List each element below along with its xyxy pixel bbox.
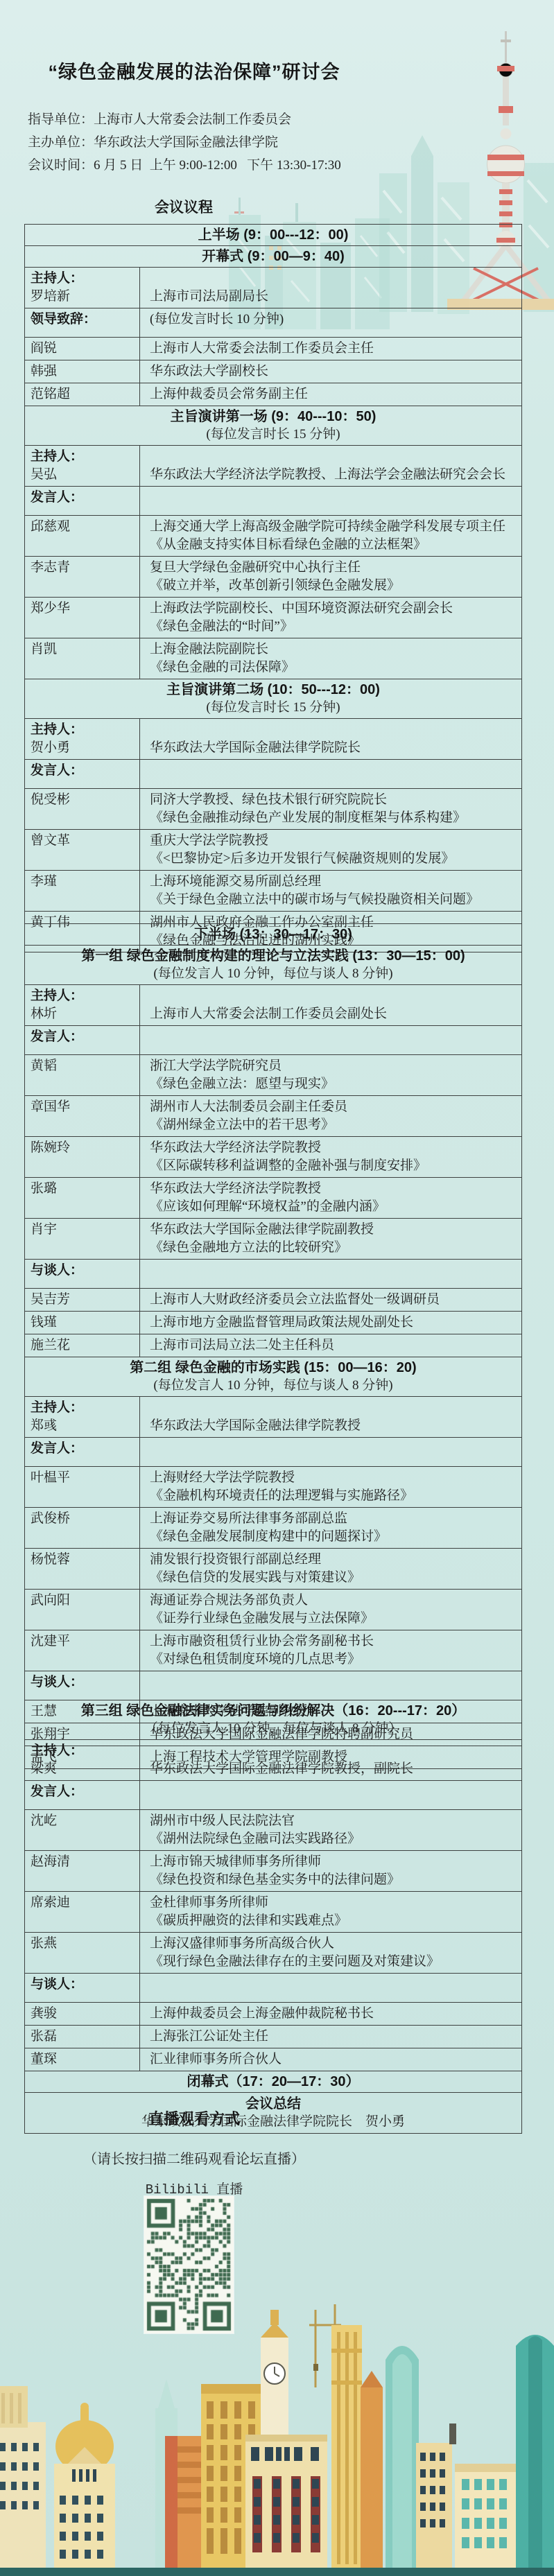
role-label-row: 发言人：	[25, 1026, 521, 1055]
speaker-name-cell: 曾文革	[25, 830, 140, 870]
speaker-name: 张燕	[31, 1935, 137, 1953]
speaker-desc: 汇业律师事务所合伙人	[150, 2051, 517, 2069]
speaker-desc-cell: 湖州市中级人民法院法官《湖州法院绿色金融司法实践路径》	[140, 1810, 521, 1850]
info-value: 上海市人大常委会法制工作委员会	[94, 112, 291, 127]
role-desc-cell	[140, 1781, 521, 1809]
speaker-row: 邱慈观上海交通大学上海高级金融学院可持续金融学科发展专项主任《从金融支持实体目标…	[25, 516, 521, 557]
speaker-desc: 上海仲裁委员会上海金融仲裁院秘书长	[150, 2005, 517, 2023]
speaker-row: 郑少华上海政法学院副校长、中国环境资源法研究会副会长《绿色金融法的“时间”》	[25, 598, 521, 638]
speaker-desc: 浙江大学法学院研究员	[150, 1057, 517, 1075]
speaker-desc: 华东政法大学经济法学院教授、上海法学会金融法研究会会长	[150, 466, 517, 484]
speaker-desc: 上海市人大常委会法制工作委员会主任	[150, 340, 517, 358]
speaker-name: 席索迪	[31, 1894, 137, 1912]
speaker-desc: 上海交通大学上海高级金融学院可持续金融学科发展专项主任	[150, 518, 517, 536]
speaker-desc-cell: 上海张江公证处主任	[140, 2026, 521, 2048]
speaker-name-cell: 李志青	[25, 557, 140, 597]
role-label-row: 发言人：	[25, 760, 521, 789]
skyline-illustration	[0, 2304, 554, 2576]
speaker-name-cell: 范铭超	[25, 383, 140, 406]
speaker-desc: 华东政法大学经济法学院教授	[150, 1139, 517, 1157]
speaker-row: 肖宇华东政法大学国际金融法律学院副教授《绿色金融地方立法的比较研究》	[25, 1219, 521, 1260]
speaker-desc: 重庆大学法学院教授	[150, 832, 517, 850]
info-line-guidance: 指导单位：上海市人大常委会法制工作委员会	[28, 108, 471, 131]
speaker-topic: 《对绿色租赁制度环境的几点思考》	[150, 1651, 517, 1669]
speaker-desc: 华东政法大学副校长	[150, 363, 517, 381]
speaker-name: 吴弘	[31, 466, 137, 484]
host-row: 主持人：梁爽华东政法大学国际金融法律学院教授，副院长	[25, 1740, 521, 1781]
session-header-title: 第二组 绿色金融的市场实践 (15：00—16：20)	[130, 1359, 416, 1377]
agenda-heading: 会议议程	[0, 196, 367, 217]
speaker-name: 贺小勇	[31, 739, 137, 757]
speaker-name: 陈婉玲	[31, 1139, 137, 1157]
host-cell: 主持人：吴弘	[25, 446, 140, 486]
speaker-desc-cell: 上海市人大常委会法制工作委员会副处长	[140, 985, 521, 1025]
speaker-desc-cell: 华东政法大学国际金融法律学院院长	[140, 719, 521, 759]
role-label: 主持人：	[31, 721, 137, 739]
speaker-name: 倪受彬	[31, 791, 137, 809]
role-label: 主持人：	[31, 1399, 137, 1417]
role-label-cell: 发言人：	[25, 1438, 140, 1466]
speaker-name: 李志青	[31, 559, 137, 577]
live-platform-label: Bilibili 直播	[0, 2179, 388, 2198]
speaker-name: 章国华	[31, 1098, 137, 1116]
speaker-row: 黄韬浙江大学法学院研究员《绿色金融立法：愿望与现实》	[25, 1055, 521, 1096]
speaker-name-cell: 赵海清	[25, 1851, 140, 1891]
speaker-name: 董琛	[31, 2051, 137, 2069]
role-desc-cell	[140, 1671, 521, 1700]
speaker-desc-cell: 上海证券交易所法律事务部副总监《绿色金融发展制度构建中的问题探讨》	[140, 1508, 521, 1548]
role-desc-cell	[140, 1260, 521, 1288]
speaker-name: 沈屹	[31, 1812, 137, 1830]
speaker-desc: 上海金融法院副院长	[150, 641, 517, 659]
host-row: 主持人：贺小勇华东政法大学国际金融法律学院院长	[25, 719, 521, 760]
speaker-desc: 上海市锦天城律师事务所律师	[150, 1853, 517, 1871]
speaker-name-cell: 章国华	[25, 1096, 140, 1136]
speaker-desc-cell: 上海市司法局立法二处主任科员	[140, 1334, 521, 1357]
speaker-row: 倪受彬同济大学教授、绿色技术银行研究院院长《绿色金融推动绿色产业发展的制度框架与…	[25, 789, 521, 830]
speaker-name-cell: 钱瑾	[25, 1312, 140, 1334]
live-note: （请长按扫描二维码观看论坛直播）	[0, 2148, 388, 2168]
speaker-desc: 上海市融资租赁行业协会常务副秘书长	[150, 1633, 517, 1651]
speaker-name-cell: 龚骏	[25, 2003, 140, 2025]
speaker-topic: 《绿色金融地方立法的比较研究》	[150, 1239, 517, 1257]
host-row: 主持人：吴弘华东政法大学经济法学院教授、上海法学会金融法研究会会长	[25, 446, 521, 487]
conference-info: 指导单位：上海市人大常委会法制工作委员会 主办单位：华东政法大学国际金融法律学院…	[28, 108, 471, 177]
session-header-title: 主旨演讲第一场 (9：40---10：50)	[171, 408, 376, 426]
speaker-row: 张燕上海汉盛律师事务所高级合伙人《现行绿色金融法律存在的主要问题及对策建议》	[25, 1933, 521, 1974]
speaker-desc: 华东政法大学国际金融法律学院院长	[150, 739, 517, 757]
speaker-desc-cell: 华东政法大学国际金融法律学院副教授《绿色金融地方立法的比较研究》	[140, 1219, 521, 1259]
speaker-desc-cell: 湖州市人大法制委员会副主任委员《湖州绿金立法中的若干思考》	[140, 1096, 521, 1136]
speaker-name-cell: 郑少华	[25, 598, 140, 638]
info-line-host: 主办单位：华东政法大学国际金融法律学院	[28, 131, 471, 154]
speaker-topic: 《湖州法院绿色金融司法实践路径》	[150, 1830, 517, 1848]
role-label-row: 发言人：	[25, 1438, 521, 1467]
speaker-name-cell: 武向阳	[25, 1590, 140, 1630]
speaker-row: 杨悦蓉浦发银行投资银行部副总经理《绿色信贷的发展实践与对策建议》	[25, 1549, 521, 1590]
speaker-row: 肖凯上海金融法院副院长《绿色金融的司法保障》	[25, 638, 521, 679]
speaker-row: 董琛汇业律师事务所合伙人	[25, 2048, 521, 2071]
speaker-name: 梁爽	[31, 1760, 137, 1778]
role-label-cell: 与谈人：	[25, 1260, 140, 1288]
agenda-table-morning: 上半场 (9：00---12：00)开幕式 (9：00—9：40)主持人：罗培新…	[24, 224, 522, 952]
speaker-desc: 复旦大学绿色金融研究中心执行主任	[150, 559, 517, 577]
speaker-row: 范铭超上海仲裁委员会常务副主任	[25, 383, 521, 406]
speaker-name-cell: 黄韬	[25, 1055, 140, 1095]
role-label: 与谈人：	[31, 1976, 137, 1994]
speaker-name-cell: 席索迪	[25, 1892, 140, 1932]
speaker-desc: 华东政法大学经济法学院教授	[150, 1180, 517, 1198]
session-header-title: 下半场 (13：30—17：30)	[194, 925, 352, 943]
session-header-title: 第三组 绿色金融法律实务问题与纠纷解决（16：20---17：20）	[81, 1702, 466, 1720]
session-header-row: 第三组 绿色金融法律实务问题与纠纷解决（16：20---17：20）（每位发言人…	[25, 1700, 521, 1740]
speaker-desc: 上海市人大常委会法制工作委员会副处长	[150, 1005, 517, 1023]
role-desc-cell	[140, 760, 521, 788]
host-cell: 主持人：郑彧	[25, 1397, 140, 1437]
speaker-topic: 《绿色金融发展制度构建中的问题探讨》	[150, 1528, 517, 1546]
speaker-row: 沈建平上海市融资租赁行业协会常务副秘书长《对绿色租赁制度环境的几点思考》	[25, 1630, 521, 1671]
speaker-topic: 《湖州绿金立法中的若干思考》	[150, 1116, 517, 1134]
speaker-name-cell: 武俊桥	[25, 1508, 140, 1548]
speaker-desc: 华东政法大学国际金融法律学院教授	[150, 1417, 517, 1435]
role-label-cell: 发言人：	[25, 760, 140, 788]
host-cell: 主持人：罗培新	[25, 268, 140, 308]
speaker-desc: 上海市司法局立法二处主任科员	[150, 1337, 517, 1355]
session-header-subtitle: （每位发言人 10 分钟，每位与谈人 8 分钟）	[145, 1720, 402, 1738]
speaker-desc-cell: 上海环境能源交易所副总经理《关于绿色金融立法中的碳市场与气候投融资相关问题》	[140, 871, 521, 911]
speaker-row: 韩强华东政法大学副校长	[25, 360, 521, 383]
speaker-name-cell: 施兰花	[25, 1334, 140, 1357]
session-header-subtitle: (每位发言时长 15 分钟)	[206, 426, 340, 444]
role-label-row: 与谈人：	[25, 1974, 521, 2003]
session-header-subtitle: (每位发言人 10 分钟，每位与谈人 8 分钟)	[153, 965, 392, 983]
speaker-name-cell: 李瑾	[25, 871, 140, 911]
speaker-row: 龚骏上海仲裁委员会上海金融仲裁院秘书长	[25, 2003, 521, 2026]
speaker-desc-cell: 华东政法大学经济法学院教授《区际碳转移利益调整的金融补强与制度安排》	[140, 1137, 521, 1177]
speaker-desc: 湖州市人大法制委员会副主任委员	[150, 1098, 517, 1116]
session-header-row: 第二组 绿色金融的市场实践 (15：00—16：20)(每位发言人 10 分钟，…	[25, 1357, 521, 1397]
info-label: 指导单位：	[28, 112, 94, 127]
speaker-name: 李瑾	[31, 873, 137, 891]
speaker-desc-cell: 上海市人大财政经济委员会立法监督处一级调研员	[140, 1289, 521, 1311]
speaker-row: 李瑾上海环境能源交易所副总经理《关于绿色金融立法中的碳市场与气候投融资相关问题》	[25, 871, 521, 912]
info-line-time: 会议时间：6 月 5 日 上午 9:00-12:00 下午 13:30-17:3…	[28, 154, 471, 177]
speaker-name: 黄韬	[31, 1057, 137, 1075]
session-header-subtitle: (每位发言人 10 分钟，每位与谈人 8 分钟)	[153, 1377, 392, 1395]
session-header-row: 第一组 绿色金融制度构建的理论与立法实践 (13：30—15：00)(每位发言人…	[25, 946, 521, 985]
speaker-desc-cell: 华东政法大学国际金融法律学院教授	[140, 1397, 521, 1437]
role-label: 与谈人：	[31, 1262, 137, 1280]
speaker-name-cell: 肖凯	[25, 638, 140, 679]
session-header-title: 闭幕式（17：20—17：30）	[187, 2073, 360, 2091]
speaker-desc: 华东政法大学国际金融法律学院副教授	[150, 1221, 517, 1239]
speaker-name: 郑彧	[31, 1417, 137, 1435]
speaker-name: 沈建平	[31, 1633, 137, 1651]
speaker-desc-cell: 华东政法大学国际金融法律学院教授，副院长	[140, 1740, 521, 1780]
speaker-name: 阎锐	[31, 340, 137, 358]
role-label: 发言人：	[31, 762, 137, 780]
role-label-cell: 与谈人：	[25, 1974, 140, 2002]
role-desc-cell	[140, 1974, 521, 2002]
role-label: 发言人：	[31, 489, 137, 507]
speaker-topic: 《绿色金融的司法保障》	[150, 659, 517, 677]
session-header-row: 主旨演讲第二场 (10：50---12：00)(每位发言时长 15 分钟)	[25, 679, 521, 719]
speaker-desc-cell: 华东政法大学经济法学院教授、上海法学会金融法研究会会长	[140, 446, 521, 486]
role-label: 主持人：	[31, 270, 137, 288]
speaker-desc-cell: 同济大学教授、绿色技术银行研究院院长《绿色金融推动绿色产业发展的制度框架与体系构…	[140, 789, 521, 829]
speaker-topic: 《<巴黎协定>后多边开发银行气候融资规则的发展》	[150, 850, 517, 868]
speaker-name: 张磊	[31, 2028, 137, 2046]
speaker-row: 吴吉芳上海市人大财政经济委员会立法监督处一级调研员	[25, 1289, 521, 1312]
speaker-desc-cell: 上海市锦天城律师事务所律师《绿色投资和绿色基金实务中的法律问题》	[140, 1851, 521, 1891]
role-desc-cell	[140, 1438, 521, 1466]
speaker-row: 赵海清上海市锦天城律师事务所律师《绿色投资和绿色基金实务中的法律问题》	[25, 1851, 521, 1892]
speaker-desc-cell: 复旦大学绿色金融研究中心执行主任《破立并举，改革创新引领绿色金融发展》	[140, 557, 521, 597]
role-label-row: 发言人：	[25, 487, 521, 516]
speaker-desc: 上海市地方金融监督管理局政策法规处副处长	[150, 1314, 517, 1332]
speaker-name: 张璐	[31, 1180, 137, 1198]
speaker-desc-cell: 华东政法大学经济法学院教授《应该如何理解“环境权益”的金融内涵》	[140, 1178, 521, 1218]
speaker-desc: 海通证券合规法务部负责人	[150, 1592, 517, 1610]
speaker-name-cell: 陈婉玲	[25, 1137, 140, 1177]
speaker-name: 肖宇	[31, 1221, 137, 1239]
speaker-desc-cell: 浙江大学法学院研究员《绿色金融立法：愿望与现实》	[140, 1055, 521, 1095]
speaker-topic: 《证券行业绿色金融发展与立法保障》	[150, 1610, 517, 1628]
speaker-row: 李志青复旦大学绿色金融研究中心执行主任《破立并举，改革创新引领绿色金融发展》	[25, 557, 521, 598]
role-label: 发言人：	[31, 1028, 137, 1046]
info-value: 6 月 5 日 上午 9:00-12:00 下午 13:30-17:30	[94, 158, 341, 173]
speaker-row: 曾文革重庆大学法学院教授《<巴黎协定>后多边开发银行气候融资规则的发展》	[25, 830, 521, 871]
speaker-topic: 《绿色投资和绿色基金实务中的法律问题》	[150, 1871, 517, 1889]
speaker-desc-cell: 重庆大学法学院教授《<巴黎协定>后多边开发银行气候融资规则的发展》	[140, 830, 521, 870]
live-heading: 直播观看方式	[0, 2107, 388, 2129]
speaker-desc-cell: 浦发银行投资银行部副总经理《绿色信贷的发展实践与对策建议》	[140, 1549, 521, 1589]
role-label-row: 与谈人：	[25, 1671, 521, 1700]
speaker-name: 吴吉芳	[31, 1291, 137, 1309]
role-label-cell: 领导致辞：	[25, 308, 140, 337]
speaker-topic: 《绿色金融推动绿色产业发展的制度框架与体系构建》	[150, 809, 517, 827]
role-label-row: 与谈人：	[25, 1260, 521, 1289]
speaker-desc-cell: 上海市地方金融监督管理局政策法规处副处长	[140, 1312, 521, 1334]
session-header-title: 主旨演讲第二场 (10：50---12：00)	[166, 681, 380, 699]
session-header-row: 主旨演讲第一场 (9：40---10：50)(每位发言时长 15 分钟)	[25, 406, 521, 446]
speaker-name-cell: 叶榅平	[25, 1467, 140, 1507]
session-header-row: 下半场 (13：30—17：30)	[25, 924, 521, 946]
speaker-desc: 湖州市中级人民法院法官	[150, 1812, 517, 1830]
speaker-topic: 《绿色信贷的发展实践与对策建议》	[150, 1569, 517, 1587]
speaker-name: 龚骏	[31, 2005, 137, 2023]
host-row: 主持人：林圻上海市人大常委会法制工作委员会副处长	[25, 985, 521, 1026]
speaker-desc-cell: 上海政法学院副校长、中国环境资源法研究会副会长《绿色金融法的“时间”》	[140, 598, 521, 638]
speaker-name-cell: 沈建平	[25, 1630, 140, 1671]
speaker-name: 叶榅平	[31, 1469, 137, 1487]
speaker-desc: 上海环境能源交易所副总经理	[150, 873, 517, 891]
role-label: 主持人：	[31, 987, 137, 1005]
speaker-desc: 金杜律师事务所律师	[150, 1894, 517, 1912]
speaker-name-cell: 倪受彬	[25, 789, 140, 829]
role-label: 领导致辞：	[31, 311, 137, 329]
role-label: 发言人：	[31, 1440, 137, 1458]
page-root: “绿色金融发展的法治保障”研讨会 指导单位：上海市人大常委会法制工作委员会 主办…	[0, 0, 554, 2576]
info-value: 华东政法大学国际金融法律学院	[94, 135, 278, 150]
session-header-row: 上半场 (9：00---12：00)	[25, 225, 521, 246]
session-header-row: 开幕式 (9：00—9：40)	[25, 246, 521, 268]
speaker-name: 罗培新	[31, 288, 137, 306]
role-label: 主持人：	[31, 448, 137, 466]
speaker-desc: 上海证券交易所法律事务部副总监	[150, 1510, 517, 1528]
role-label-cell: 发言人：	[25, 1026, 140, 1054]
speaker-row: 武俊桥上海证券交易所法律事务部副总监《绿色金融发展制度构建中的问题探讨》	[25, 1508, 521, 1549]
host-row: 主持人：郑彧华东政法大学国际金融法律学院教授	[25, 1397, 521, 1438]
speaker-name-cell: 沈屹	[25, 1810, 140, 1850]
speaker-name-cell: 吴吉芳	[25, 1289, 140, 1311]
speaker-desc-cell: 华东政法大学副校长	[140, 360, 521, 383]
role-label-row: 发言人：	[25, 1781, 521, 1810]
speaker-name: 施兰花	[31, 1337, 137, 1355]
speaker-name: 钱瑾	[31, 1314, 137, 1332]
speaker-desc: 上海政法学院副校长、中国环境资源法研究会副会长	[150, 600, 517, 618]
role-label: 主持人：	[31, 1742, 137, 1760]
speaker-name: 林圻	[31, 1005, 137, 1023]
speaker-name: 赵海清	[31, 1853, 137, 1871]
speaker-row: 武向阳海通证券合规法务部负责人《证券行业绿色金融发展与立法保障》	[25, 1590, 521, 1630]
info-label: 主办单位：	[28, 135, 94, 150]
speaker-name-cell: 韩强	[25, 360, 140, 383]
role-label-row: 领导致辞：(每位发言时长 10 分钟)	[25, 308, 521, 338]
speaker-name-cell: 张璐	[25, 1178, 140, 1218]
speaker-desc: 上海财经大学法学院教授	[150, 1469, 517, 1487]
speaker-desc: 上海仲裁委员会常务副主任	[150, 385, 517, 403]
info-label: 会议时间：	[28, 158, 94, 173]
speaker-desc-cell: 上海仲裁委员会常务副主任	[140, 383, 521, 406]
host-cell: 主持人：梁爽	[25, 1740, 140, 1780]
speaker-topic: 《绿色金融法的“时间”》	[150, 618, 517, 636]
speaker-desc: 华东政法大学国际金融法律学院教授，副院长	[150, 1760, 517, 1778]
speaker-desc: 同济大学教授、绿色技术银行研究院院长	[150, 791, 517, 809]
speaker-desc-cell: 上海市司法局副局长	[140, 268, 521, 308]
agenda-table-afternoon: 下半场 (13：30—17：30)第一组 绿色金融制度构建的理论与立法实践 (1…	[24, 923, 522, 1769]
speaker-desc-cell: 上海财经大学法学院教授《金融机构环境责任的法理逻辑与实施路径》	[140, 1467, 521, 1507]
speaker-name: 郑少华	[31, 600, 137, 618]
speaker-name: 曾文革	[31, 832, 137, 850]
speaker-desc: 上海市人大财政经济委员会立法监督处一级调研员	[150, 1291, 517, 1309]
speaker-topic: 《碳质押融资的法律和实践难点》	[150, 1912, 517, 1930]
speaker-desc-cell: 上海仲裁委员会上海金融仲裁院秘书长	[140, 2003, 521, 2025]
conference-title: “绿色金融发展的法治保障”研讨会	[14, 57, 374, 84]
speaker-row: 钱瑾上海市地方金融监督管理局政策法规处副处长	[25, 1312, 521, 1334]
speaker-row: 章国华湖州市人大法制委员会副主任委员《湖州绿金立法中的若干思考》	[25, 1096, 521, 1137]
host-cell: 主持人：林圻	[25, 985, 140, 1025]
speaker-topic: 《关于绿色金融立法中的碳市场与气候投融资相关问题》	[150, 891, 517, 909]
role-label-cell: 发言人：	[25, 487, 140, 515]
speaker-desc-cell: 上海市人大常委会法制工作委员会主任	[140, 338, 521, 360]
speaker-name: 武俊桥	[31, 1510, 137, 1528]
speaker-desc: 浦发银行投资银行部副总经理	[150, 1551, 517, 1569]
speaker-name: 武向阳	[31, 1592, 137, 1610]
speaker-row: 席索迪金杜律师事务所律师《碳质押融资的法律和实践难点》	[25, 1892, 521, 1933]
speaker-desc-cell: 上海汉盛律师事务所高级合伙人《现行绿色金融法律存在的主要问题及对策建议》	[140, 1933, 521, 1973]
speaker-topic: 《应该如何理解“环境权益”的金融内涵》	[150, 1198, 517, 1216]
role-desc-cell: (每位发言时长 10 分钟)	[140, 308, 521, 337]
speaker-name-cell: 董琛	[25, 2048, 140, 2071]
speaker-name: 韩强	[31, 363, 137, 381]
speaker-topic: 《现行绿色金融法律存在的主要问题及对策建议》	[150, 1953, 517, 1971]
speaker-topic: 《金融机构环境责任的法理逻辑与实施路径》	[150, 1487, 517, 1505]
speaker-row: 沈屹湖州市中级人民法院法官《湖州法院绿色金融司法实践路径》	[25, 1810, 521, 1851]
speaker-desc: 上海张江公证处主任	[150, 2028, 517, 2046]
speaker-desc-cell: 上海市融资租赁行业协会常务副秘书长《对绿色租赁制度环境的几点思考》	[140, 1630, 521, 1671]
speaker-name-cell: 阎锐	[25, 338, 140, 360]
session-header-title: 开幕式 (9：00—9：40)	[202, 247, 345, 266]
speaker-desc: 上海汉盛律师事务所高级合伙人	[150, 1935, 517, 1953]
role-label: 与谈人：	[31, 1673, 137, 1691]
speaker-name: 肖凯	[31, 641, 137, 659]
speaker-row: 施兰花上海市司法局立法二处主任科员	[25, 1334, 521, 1357]
session-header-row: 闭幕式（17：20—17：30）	[25, 2071, 521, 2093]
session-header-title: 上半场 (9：00---12：00)	[198, 226, 349, 244]
speaker-name-cell: 邱慈观	[25, 516, 140, 556]
speaker-topic: 《从金融支持实体目标看绿色金融的立法框架》	[150, 536, 517, 554]
speaker-name-cell: 肖宇	[25, 1219, 140, 1259]
qr-code	[144, 2196, 234, 2333]
speaker-name-cell: 张磊	[25, 2026, 140, 2048]
host-cell: 主持人：贺小勇	[25, 719, 140, 759]
session-header-subtitle: (每位发言时长 15 分钟)	[206, 699, 340, 717]
speaker-desc-cell: 上海金融法院副院长《绿色金融的司法保障》	[140, 638, 521, 679]
speaker-desc: 上海市司法局副局长	[150, 288, 517, 306]
speaker-row: 张璐华东政法大学经济法学院教授《应该如何理解“环境权益”的金融内涵》	[25, 1178, 521, 1219]
host-row: 主持人：罗培新上海市司法局副局长	[25, 268, 521, 308]
speaker-topic: 《区际碳转移利益调整的金融补强与制度安排》	[150, 1157, 517, 1175]
speaker-name-cell: 张燕	[25, 1933, 140, 1973]
speaker-row: 陈婉玲华东政法大学经济法学院教授《区际碳转移利益调整的金融补强与制度安排》	[25, 1137, 521, 1178]
speaker-desc-cell: 上海交通大学上海高级金融学院可持续金融学科发展专项主任《从金融支持实体目标看绿色…	[140, 516, 521, 556]
role-desc-cell	[140, 1026, 521, 1054]
session-header-title: 第一组 绿色金融制度构建的理论与立法实践 (13：30—15：00)	[81, 947, 465, 965]
speaker-topic: 《破立并举，改革创新引领绿色金融发展》	[150, 577, 517, 595]
speaker-name: 范铭超	[31, 385, 137, 403]
speaker-row: 阎锐上海市人大常委会法制工作委员会主任	[25, 338, 521, 360]
role-label: 发言人：	[31, 1783, 137, 1801]
role-desc-cell	[140, 487, 521, 515]
speaker-row: 张磊上海张江公证处主任	[25, 2026, 521, 2048]
agenda-table-third-panel: 第三组 绿色金融法律实务问题与纠纷解决（16：20---17：20）（每位发言人…	[24, 1700, 522, 2134]
speaker-name: 邱慈观	[31, 518, 137, 536]
speaker-desc-cell: 海通证券合规法务部负责人《证券行业绿色金融发展与立法保障》	[140, 1590, 521, 1630]
role-desc: (每位发言时长 10 分钟)	[150, 311, 517, 329]
speaker-topic: 《绿色金融立法：愿望与现实》	[150, 1075, 517, 1093]
role-label-cell: 与谈人：	[25, 1671, 140, 1700]
speaker-name: 杨悦蓉	[31, 1551, 137, 1569]
speaker-desc-cell: 汇业律师事务所合伙人	[140, 2048, 521, 2071]
speaker-row: 叶榅平上海财经大学法学院教授《金融机构环境责任的法理逻辑与实施路径》	[25, 1467, 521, 1508]
speaker-name-cell: 杨悦蓉	[25, 1549, 140, 1589]
speaker-desc-cell: 金杜律师事务所律师《碳质押融资的法律和实践难点》	[140, 1892, 521, 1932]
role-label-cell: 发言人：	[25, 1781, 140, 1809]
